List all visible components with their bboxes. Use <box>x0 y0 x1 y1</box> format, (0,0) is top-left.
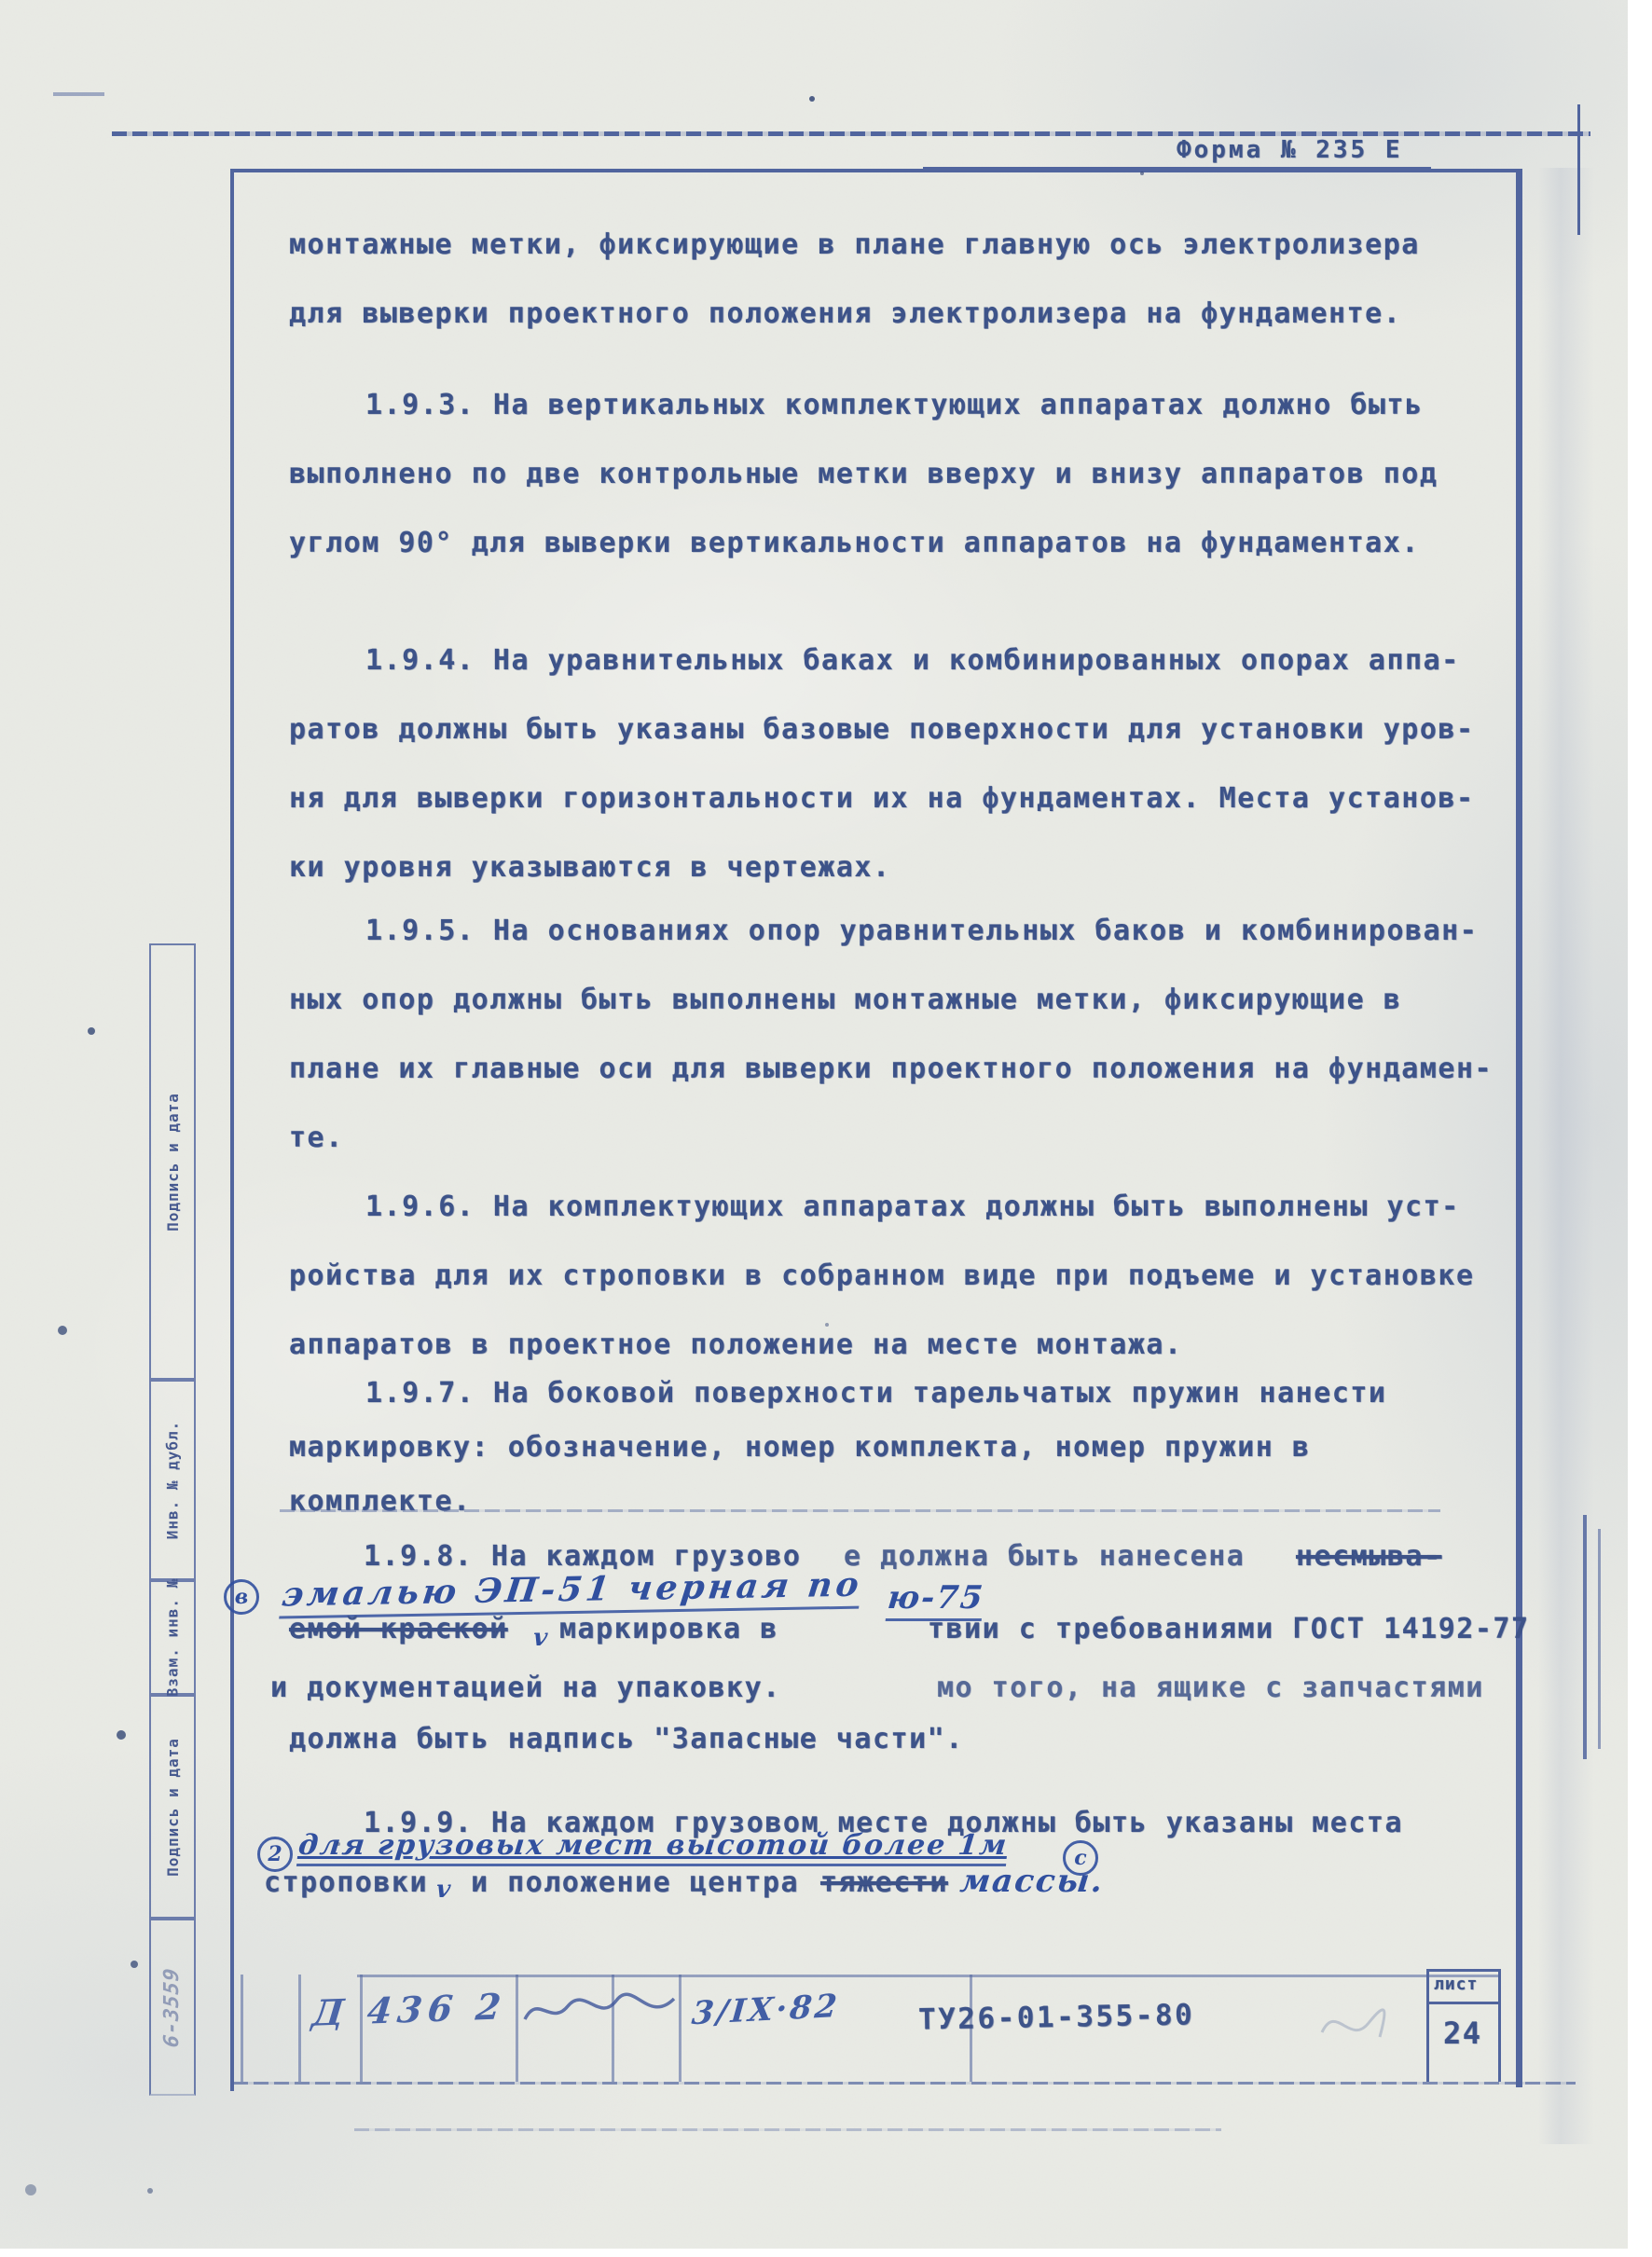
sheet-label: лист <box>1434 1975 1478 1994</box>
p199-struck-word: тяжести <box>820 1866 948 1899</box>
scanned-document-page: Форма № 235 Е монтажные метки, фиксирующ… <box>0 0 1652 2257</box>
frame-left-border <box>230 169 234 2091</box>
stamp-label: Инв. № дубл. <box>164 1421 182 1540</box>
p199-line2-start: строповки <box>264 1866 428 1899</box>
p198-line2-struck-words: емой краской <box>289 1613 508 1645</box>
signature-scribble <box>517 1984 685 2040</box>
paragraph-1-9-7: 1.9.7. На боковой поверхности тарельчаты… <box>289 1367 1386 1529</box>
paragraph-continuation: монтажные метки, фиксирующие в плане гла… <box>289 211 1420 349</box>
form-number-label: Форма № 235 Е <box>1177 136 1403 164</box>
p198-line3-end: мо того, на ящике с запчастями <box>937 1672 1484 1704</box>
titleblock-divider <box>298 1975 301 2082</box>
correction-reference-mark-1: в <box>224 1579 259 1615</box>
titleblock-bottom-line <box>233 2082 1576 2085</box>
stamp-cell-signature-date-1: Подпись и дата <box>149 943 196 1380</box>
p198-line3-start: и документацией на упаковку. <box>270 1672 781 1704</box>
handwritten-revision-entry: Д 436 2 <box>310 1985 509 2033</box>
paragraph-1-9-4: 1.9.4. На уравнительных баках и комбинир… <box>289 626 1475 902</box>
frame-top-border <box>230 169 1521 172</box>
scan-edge-smudge <box>1538 168 1594 2144</box>
stamp-cell-inv-dupl: Инв. № дубл. <box>149 1380 196 1580</box>
stamp-cell-vzam-inv: Взам. инв. № <box>149 1580 196 1695</box>
sheet-box-right-line <box>1498 1969 1501 2082</box>
faint-separator-line <box>280 1509 1440 1512</box>
paragraph-1-9-3: 1.9.3. На вертикальных комплектующих апп… <box>289 371 1438 578</box>
paragraph-1-9-6: 1.9.6. На комплектующих аппаратах должны… <box>289 1173 1475 1380</box>
insertion-caret-1: v <box>531 1624 548 1652</box>
paragraph-1-9-5: 1.9.5. На основаниях опор уравнительных … <box>289 897 1493 1173</box>
p199-line2-mid: и положение центра <box>471 1866 799 1899</box>
titleblock-top-line <box>357 1975 1499 1977</box>
titleblock-divider <box>241 1975 243 2082</box>
scan-white-margin-right <box>1628 0 1652 2257</box>
sheet-number: 24 <box>1443 2016 1482 2051</box>
stamp-cell-inv-podl: 6-3559 <box>149 1919 196 2096</box>
p198-line4: должна быть надпись "Запасные части". <box>289 1723 964 1755</box>
insertion-caret-2: v <box>434 1876 451 1904</box>
stamp-cell-signature-date-2: Подпись и дата <box>149 1695 196 1919</box>
stamp-label: Взам. инв. № <box>164 1578 182 1698</box>
margin-tick-top-left <box>53 92 104 96</box>
handwritten-date: 3/IX·82 <box>690 1988 841 2033</box>
p198-line2-mid: маркировка в <box>559 1613 778 1645</box>
p198-line1-mid: е должна быть нанесена <box>844 1540 1245 1573</box>
stamp-label: Подпись и дата <box>164 1738 182 1877</box>
p198-line1-struck-word: несмыва- <box>1296 1540 1442 1573</box>
correction-reference-mark-3: с <box>1063 1840 1098 1876</box>
p198-line2-end: твии с требованиями ГОСТ 14192-77 <box>928 1613 1530 1645</box>
frame-right-border <box>1516 169 1522 2087</box>
handwritten-insert-cargo-height: для грузовых мест высотой более 1м <box>296 1829 1010 1866</box>
document-number: ТУ26-01-355-80 <box>918 1998 1195 2036</box>
sheet-box-header-line <box>1426 2002 1501 2004</box>
handwritten-inventory-number: 6-3559 <box>161 1966 185 2048</box>
scan-white-margin-bottom <box>0 2249 1652 2257</box>
page-edge-line-outer-2 <box>1598 1529 1601 1749</box>
titleblock-faint-lower-line <box>354 2128 1221 2131</box>
faint-pencil-squiggle <box>1313 1995 1397 2060</box>
sheet-box-left-line <box>1426 1969 1429 2082</box>
stamp-label: Подпись и дата <box>164 1093 182 1232</box>
sheet-box-top-line <box>1426 1969 1501 1972</box>
